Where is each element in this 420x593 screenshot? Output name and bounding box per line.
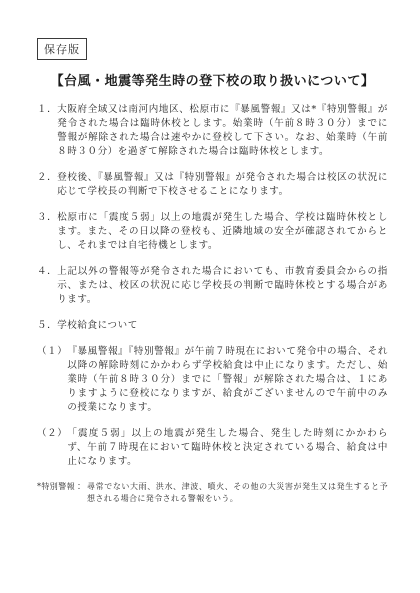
item-text: 学校給食について <box>57 319 388 333</box>
subitem-number: （１） <box>37 345 67 415</box>
list-item-5: ５． 学校給食について <box>37 319 388 333</box>
list-item-3: ３． 松原市に「震度５弱」以上の地震が発生した場合、学校は臨時休校とします。また… <box>37 211 388 253</box>
list-item-1: １． 大阪府全域又は南河内地区、松原市に『暴風警報』又は*『特別警報』が発令され… <box>37 103 388 159</box>
item-number: ５． <box>37 319 57 333</box>
item-text: 登校後、『暴風警報』又は『特別警報』が発令された場合は校区の状況に応じて学校長の… <box>57 171 388 199</box>
subitem-text: 『暴風警報』『特別警報』が午前７時現在において発令中の場合、それ以降の解除時刻に… <box>67 345 388 415</box>
document-page: 保存版 【台風・地震等発生時の登下校の取り扱いについて】 １． 大阪府全域又は南… <box>0 0 420 593</box>
subitem-number: （２） <box>37 427 67 469</box>
item-text: 大阪府全域又は南河内地区、松原市に『暴風警報』又は*『特別警報』が発令された場合… <box>57 103 388 159</box>
item-text: 上記以外の警報等が発令された場合においても、市教育委員会からの指示、または、校区… <box>57 265 388 307</box>
footnote: *特別警報： 尋常でない大雨、洪水、津波、噴火、その他の大災害が発生又は発生する… <box>37 481 388 504</box>
page-title: 【台風・地震等発生時の登下校の取り扱いについて】 <box>37 70 388 89</box>
item-number: ４． <box>37 265 57 307</box>
sublist-item-1: （１） 『暴風警報』『特別警報』が午前７時現在において発令中の場合、それ以降の解… <box>37 345 388 415</box>
footnote-text: 尋常でない大雨、洪水、津波、噴火、その他の大災害が発生又は発生すると予想される場… <box>87 481 388 504</box>
list-item-2: ２． 登校後、『暴風警報』又は『特別警報』が発令された場合は校区の状況に応じて学… <box>37 171 388 199</box>
list-item-4: ４． 上記以外の警報等が発令された場合においても、市教育委員会からの指示、または… <box>37 265 388 307</box>
preservation-badge: 保存版 <box>37 38 87 60</box>
footnote-label: *特別警報： <box>37 481 87 504</box>
subitem-text: 「震度５弱」以上の地震が発生した場合、発生した時刻にかかわらず、午前７時現在にお… <box>67 427 388 469</box>
item-number: １． <box>37 103 57 159</box>
sublist-item-2: （２） 「震度５弱」以上の地震が発生した場合、発生した時刻にかかわらず、午前７時… <box>37 427 388 469</box>
item-number: ３． <box>37 211 57 253</box>
item-text: 松原市に「震度５弱」以上の地震が発生した場合、学校は臨時休校とします。また、その… <box>57 211 388 253</box>
item-number: ２． <box>37 171 57 199</box>
